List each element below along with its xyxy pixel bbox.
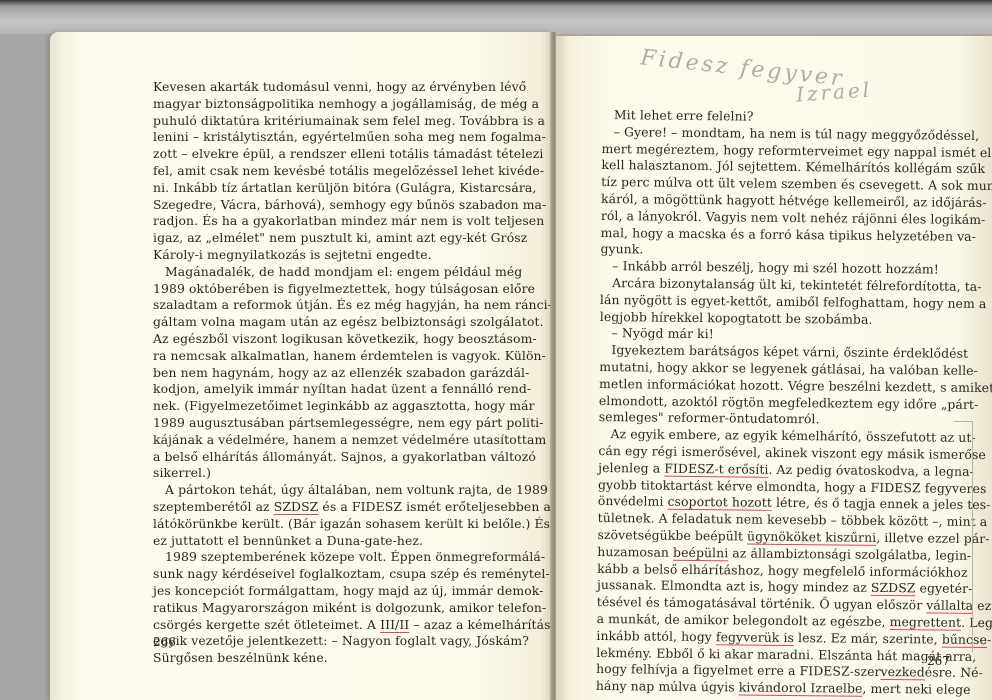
text-line: Magánadalék, de hadd mondjam el: engem p… — [153, 264, 506, 281]
text-line: Az egészből viszont logikusan következik… — [153, 331, 506, 348]
text-line: ben nem hagynám, hogy az az ellenzék sza… — [153, 365, 506, 382]
underlined-phrase: FIDESZ-t erősíti — [664, 460, 768, 476]
text-line: hány nap múlva úgyis kivándorol Izraelbe… — [596, 678, 962, 699]
handwritten-note-2: Izrael — [795, 77, 873, 106]
text-line: egyik vezetője jelentkezett: – Nagyon fo… — [153, 633, 506, 650]
underlined-phrase: SZDSZ — [274, 499, 319, 514]
text-line: puhuló diktatúra kritériumainak sem fele… — [153, 113, 506, 130]
text-line: magyar biztonságpolitika nemhogy a jogál… — [153, 96, 506, 113]
text-line: A pártokon tehát, úgy általában, nem vol… — [153, 482, 506, 499]
text-line: radjon. És ha a gyakorlatban mindez már … — [153, 213, 506, 230]
text-line: igaz, az „elmélet" nem pusztult ki, amin… — [153, 230, 506, 247]
page-number-left: 266 — [153, 635, 176, 649]
underlined-phrase: III/II — [380, 617, 409, 632]
text-line: Kevesen akarták tudomásul venni, hogy az… — [153, 79, 506, 96]
underlined-phrase: ügynököket kiszűrni — [747, 528, 876, 544]
margin-bracket — [954, 421, 973, 652]
text-line: ni. Inkább tíz ártatlan kerüljön bitóra … — [153, 180, 506, 197]
right-page-body: Mit lehet erre felelni?– Gyere! – mondta… — [596, 107, 968, 699]
underlined-phrase: SZDSZ — [871, 580, 916, 595]
text-line: ratikus Magyarországon miként is dolgozu… — [153, 600, 506, 617]
text-line: 1989 októberében is figyelmeztettek, hog… — [153, 281, 506, 298]
text-line: csörgés kergette szét ötleteimet. A III/… — [153, 617, 506, 634]
open-book: Kevesen akarták tudomásul venni, hogy az… — [50, 32, 992, 700]
underlined-phrase: csoportot hozott — [667, 494, 772, 510]
right-page: Fidesz fegyver Izrael Mit lehet erre fel… — [556, 36, 992, 700]
text-line: ez juttatott el bennünket a Duna-gate-he… — [153, 533, 506, 550]
text-line: kodjon, amelyik immár nyíltan hadat üzen… — [153, 381, 506, 398]
text-line: sunk nagy kérdéseivel foglalkoztam, csup… — [153, 566, 506, 583]
underlined-phrase: kivándorol Izraelbe — [739, 680, 863, 696]
text-line: fel, amit csak nem kevésbé totális megel… — [153, 163, 506, 180]
text-line: zott – elvekre épül, a rendszer elleni t… — [153, 146, 506, 163]
text-line: sikerrel.) — [153, 465, 506, 482]
text-line: szeptemberétől az SZDSZ és a FIDESZ ismé… — [153, 499, 506, 516]
text-line: lenini – kristálytisztán, egyértelműen s… — [153, 129, 506, 146]
text-line: Sürgősen beszélnünk kéne. — [153, 650, 506, 667]
left-page: Kevesen akarták tudomásul venni, hogy az… — [50, 32, 552, 700]
text-line: Károly-i megnyilatkozás is sejtetni enge… — [153, 247, 506, 264]
text-line: szaladtam a reformok útján. És ez még ha… — [153, 297, 506, 314]
text-line: 1989 szeptemberének közepe volt. Éppen ö… — [153, 549, 506, 566]
text-line: Szegedre, Vácra, bárhová), semhogy egy b… — [153, 197, 506, 214]
text-line: 1989 augusztusában pártsemlegességre, ne… — [153, 415, 506, 432]
left-page-body: Kevesen akarták tudomásul venni, hogy az… — [153, 79, 506, 667]
text-line: a belső elhárítás állományát. Sajnos, a … — [153, 449, 506, 466]
underlined-phrase: fegyverük is — [716, 629, 794, 645]
text-line: kájának a védelmére, hanem a nemzet véde… — [153, 432, 506, 449]
underlined-phrase: megrettent — [890, 614, 962, 630]
text-line: látókörünkbe került. (Bár igazán sohasem… — [153, 516, 506, 533]
text-line: jes koncepciót formálgattam, hogy majd a… — [153, 583, 506, 600]
underlined-phrase: vezked — [881, 664, 925, 679]
underlined-phrase: beépülni — [673, 544, 728, 560]
text-line: gáltam volna magam után az egész belbizt… — [153, 314, 506, 331]
page-number-right: 267 — [927, 654, 950, 668]
text-line: ra nemcsak alkalmatlan, hanem érdemtelen… — [153, 348, 506, 365]
text-line: nek. (Figyelmezetőimet leginkább az agga… — [153, 398, 506, 415]
scanner-edge — [0, 0, 992, 34]
